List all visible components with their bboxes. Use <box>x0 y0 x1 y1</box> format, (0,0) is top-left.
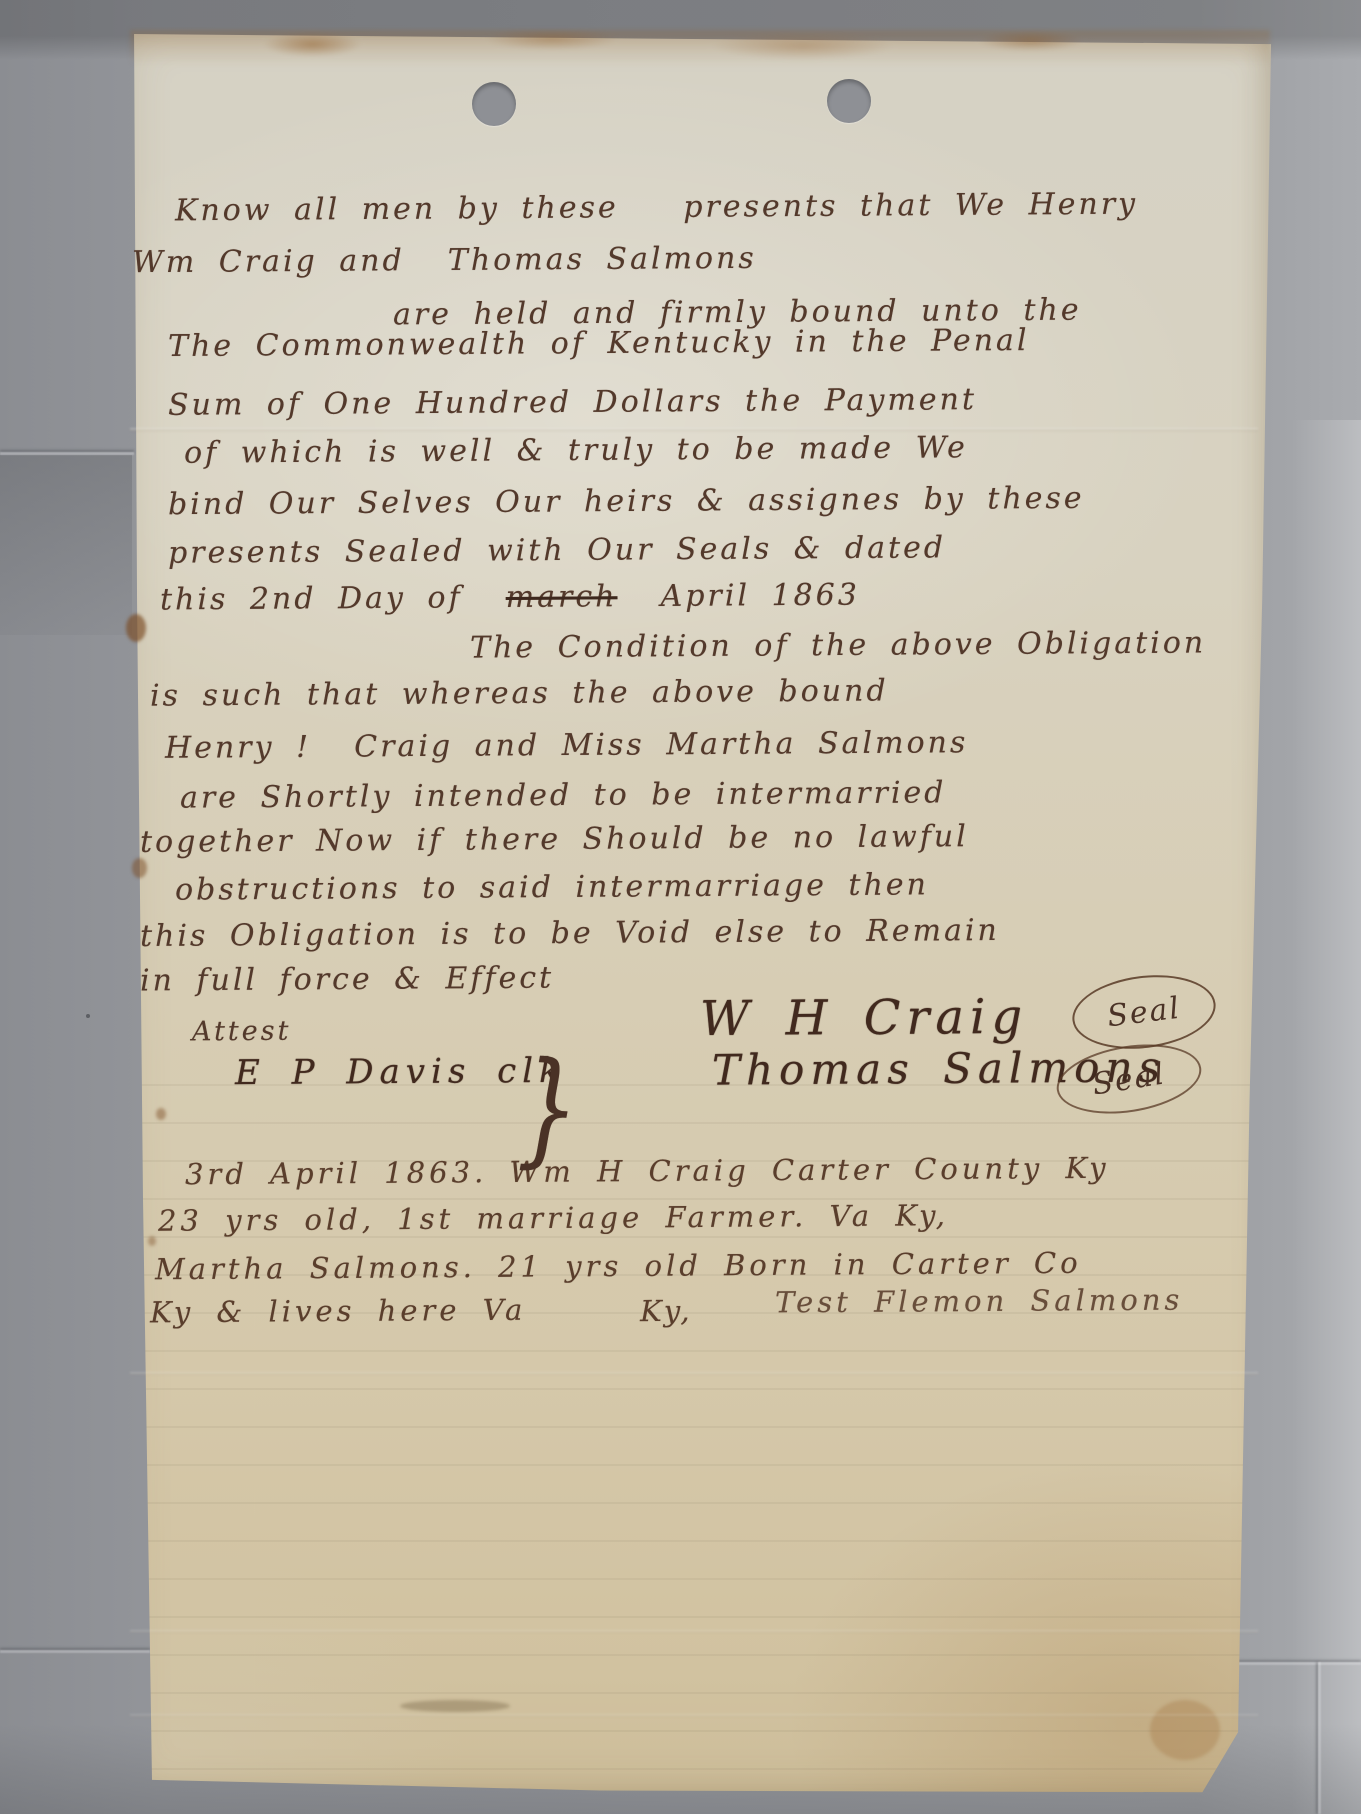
seal-label: Seal <box>1090 1056 1168 1102</box>
handwritten-line: in full force & Effect <box>140 961 554 999</box>
handwritten-line: Test Flemon Salmons <box>775 1283 1184 1320</box>
handwritten-line: Ky, <box>640 1294 694 1328</box>
handwritten-line: are Shortly intended to be intermarried <box>180 775 947 815</box>
handwritten-line: 23 yrs old, 1st marriage Farmer. Va Ky, <box>158 1198 949 1238</box>
handwritten-line: W H Craig <box>700 989 1028 1047</box>
handwritten-line: Henry ! Craig and Miss Martha Salmons <box>165 725 969 766</box>
handwritten-line: this 2nd Day of march April 1863 <box>160 578 860 618</box>
brace-mark: } <box>516 1034 581 1182</box>
handwritten-line: together Now if there Should be no lawfu… <box>140 819 969 860</box>
handwritten-line: 3rd April 1863. Wm H Craig Carter County… <box>185 1151 1110 1191</box>
handwritten-line: Attest <box>192 1016 292 1048</box>
handwritten-line: The Condition of the above Obligation <box>470 625 1206 665</box>
handwriting-layer: Know all men by these presents that We H… <box>0 0 1361 1814</box>
handwritten-line: Wm Craig and Thomas Salmons <box>132 241 757 280</box>
handwritten-line: Ky & lives here Va <box>150 1293 527 1330</box>
handwritten-line: E P Davis clk <box>235 1051 566 1093</box>
handwritten-line: Sum of One Hundred Dollars the Payment <box>168 382 977 423</box>
seal-label: Seal <box>1105 990 1183 1034</box>
handwritten-line: bind Our Selves Our heirs & assignes by … <box>168 481 1085 522</box>
handwritten-line: presents Sealed with Our Seals & dated <box>168 530 946 570</box>
handwritten-line: is such that whereas the above bound <box>150 673 889 713</box>
photo-of-document: Know all men by these presents that We H… <box>0 0 1361 1814</box>
handwritten-line: Know all men by these presents that We H… <box>175 187 1138 229</box>
handwritten-line: of which is well & truly to be made We <box>184 430 968 470</box>
handwritten-line: The Commonwealth of Kentucky in the Pena… <box>168 323 1030 364</box>
handwritten-line: this Obligation is to be Void else to Re… <box>140 913 1000 954</box>
handwritten-line: obstructions to said intermarriage then <box>175 867 929 907</box>
handwritten-line: Martha Salmons. 21 yrs old Born in Carte… <box>155 1246 1082 1286</box>
